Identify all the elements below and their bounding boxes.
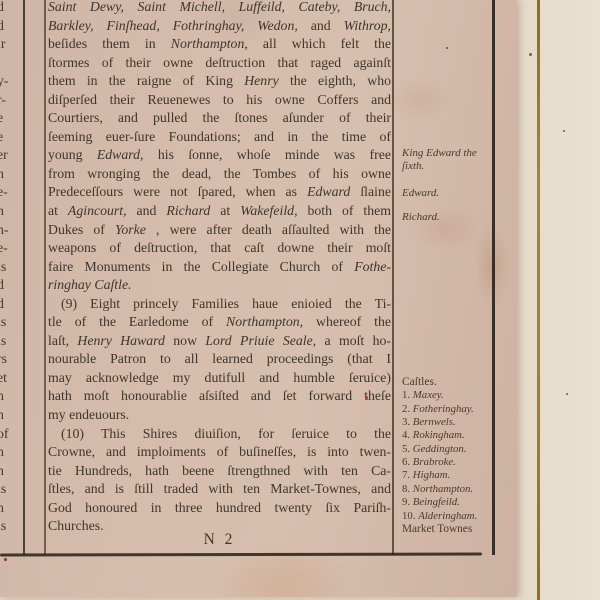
text-segment: at	[48, 203, 68, 218]
text-segment: ſlaine	[350, 184, 391, 199]
cut-word-fragment: d	[0, 295, 17, 314]
cut-word-fragment: n	[0, 387, 17, 406]
cut-word-fragment: is	[0, 313, 17, 332]
text-segment: Henry	[244, 73, 278, 88]
cut-word-fragment: is	[0, 480, 17, 499]
cut-word-fragment: n-	[0, 221, 17, 240]
text-segment: , whereof the	[300, 314, 391, 329]
castle-list-item: 10. Alderingham.	[402, 510, 490, 523]
margin-note-edward: Edward.	[402, 187, 486, 200]
text-segment: Dukes of	[48, 222, 115, 237]
text-line: ſtormes of their owne deſtruction that r…	[48, 54, 391, 73]
text-segment: Yorke	[115, 222, 146, 237]
castle-number: 7.	[402, 469, 413, 481]
text-segment: , were after death aſſaulted with the	[146, 222, 391, 237]
text-segment: (9) Eight princely Families haue enioied…	[61, 296, 391, 311]
text-segment: hath moſt honourablie aſsiſted and ſet f…	[48, 388, 391, 403]
text-segment: Edward	[97, 147, 140, 162]
cut-word-fragment: y-	[0, 72, 17, 91]
text-line: nourable Patron to all learned proceedin…	[48, 350, 391, 369]
text-segment: Wakefeild	[240, 203, 294, 218]
text-segment: diſperſed their Reuenewes to his owne Co…	[48, 92, 391, 107]
castle-name: Alderingham.	[418, 510, 477, 522]
text-line: Barkley, Finſhead, Fothringhay, Wedon, a…	[48, 17, 391, 36]
text-segment: my endeuours.	[48, 407, 129, 422]
text-segment: (10) This Shires diuiſion, for ſeruice t…	[61, 426, 391, 441]
text-segment: Lord Priuie Seale	[205, 333, 312, 348]
text-segment: ſtles, and is ſtill traded with ten Mark…	[48, 481, 391, 496]
text-segment: ringhay Caſtle.	[48, 277, 132, 292]
castle-name: Fotheringhay.	[413, 403, 474, 415]
text-line: ſtles, and is ſtill traded with ten Mark…	[48, 480, 391, 499]
castle-name: Higham.	[413, 469, 451, 481]
castle-name: Geddington.	[413, 443, 467, 455]
castle-list-item: 3. Bernwels.	[402, 416, 490, 429]
text-line: Dukes of Yorke , were after death aſſaul…	[48, 221, 391, 240]
castle-name: Brabroke.	[413, 456, 456, 468]
bottom-rule	[0, 552, 482, 556]
text-segment: Agincourt	[68, 203, 123, 218]
cut-word-fragment: e-	[0, 183, 17, 202]
text-segment: young	[48, 147, 97, 162]
text-segment: laſt,	[48, 333, 77, 348]
text-segment: Saint Dewy, Saint Michell, Luffeild, Cat…	[48, 0, 391, 14]
text-segment: now	[165, 333, 205, 348]
text-segment: Fothe-	[354, 259, 391, 274]
text-line: faire Monuments in the Collegiate Church…	[48, 258, 391, 277]
text-segment: Barkley, Finſhead, Fothringhay, Wedon,	[48, 18, 298, 33]
main-text-column: Saint Dewy, Saint Michell, Luffeild, Cat…	[48, 0, 391, 536]
cut-word-fragment	[0, 54, 17, 73]
castle-name: Rokingham.	[413, 429, 465, 441]
text-segment: from wronging the dead, the Tombes of hi…	[48, 166, 391, 181]
cut-word-fragment: e	[0, 128, 17, 147]
text-line: my endeuours.	[48, 406, 391, 425]
text-segment: , and	[123, 203, 166, 218]
cut-word-fragment: h	[0, 165, 17, 184]
text-line: hath moſt honourablie aſsiſted and ſet f…	[48, 387, 391, 406]
castle-name: Maxey.	[413, 389, 444, 401]
text-segment: may acknowledge my dutifull and humble ſ…	[48, 370, 391, 385]
cut-word-fragment: d	[0, 0, 17, 17]
antique-book-photo: ddiry-r-eeerhe-hn-e-isddisisrsetnnofnnis…	[0, 0, 600, 600]
text-line: Crowne, and imploiments of buſineſſes, i…	[48, 443, 391, 462]
cut-word-fragment: rs	[0, 350, 17, 369]
text-segment: tie Hundreds, hath beene ſtrengthned wit…	[48, 463, 391, 478]
book-page: ddiry-r-eeerhe-hn-e-isddisisrsetnnofnnis…	[0, 0, 517, 597]
cut-word-fragment: d	[0, 276, 17, 295]
cut-word-fragment: n	[0, 406, 17, 425]
castle-list-item: 2. Fotheringhay.	[402, 403, 490, 416]
text-segment: weapons of deſtruction, that caſt downe …	[48, 240, 391, 255]
text-segment: nourable Patron to all learned proceedin…	[48, 351, 391, 366]
castle-list-item: 6. Brabroke.	[402, 456, 490, 469]
text-segment: and	[298, 18, 344, 33]
margin-note-king-edward: King Edward the ſixth.	[402, 147, 486, 173]
text-segment: , both of them	[294, 203, 391, 218]
text-line: tle of the Earledome of Northampton, whe…	[48, 313, 391, 332]
column-rule-inner-left	[44, 0, 46, 555]
text-segment: tle of the Earledome of	[48, 314, 226, 329]
text-line: (9) Eight princely Families haue enioied…	[48, 295, 391, 314]
cut-word-fragment: of	[0, 425, 17, 444]
text-segment: faire Monuments in the Collegiate Church…	[48, 259, 354, 274]
foxing-speck	[563, 130, 565, 132]
castle-number: 5.	[402, 443, 413, 455]
text-line: weapons of deſtruction, that caſt downe …	[48, 239, 391, 258]
cut-word-fragment: d	[0, 17, 17, 36]
market-townes-label: Market Townes	[402, 523, 490, 537]
castle-list-item: 1. Maxey.	[402, 389, 490, 402]
text-line: may acknowledge my dutifull and humble ſ…	[48, 369, 391, 388]
text-line: them in the raigne of King Henry the eig…	[48, 72, 391, 91]
foxing-speck	[4, 558, 7, 561]
castle-list-item: 5. Geddington.	[402, 443, 490, 456]
text-line: tie Hundreds, hath beene ſtrengthned wit…	[48, 462, 391, 481]
castles-list: Caſtles. 1. Maxey.2. Fotheringhay.3. Ber…	[402, 376, 490, 536]
text-line: Courtiers, and pulled the ſtones aſunder…	[48, 109, 391, 128]
foxing-speck	[180, 320, 182, 322]
text-segment: , all which felt the	[244, 36, 391, 51]
text-segment: Henry Haward	[77, 333, 165, 348]
castle-number: 4.	[402, 429, 413, 441]
castle-number: 8.	[402, 483, 413, 495]
text-segment: , his ſonne, whoſe minde was free	[140, 147, 391, 162]
text-segment: the eighth, who	[279, 73, 391, 88]
foxing-speck	[446, 47, 448, 49]
text-segment: them in the raigne of King	[48, 73, 244, 88]
castle-list-item: 9. Beingfeild.	[402, 496, 490, 509]
text-segment: Courtiers, and pulled the ſtones aſunder…	[48, 110, 391, 125]
text-line: Predeceſſours were not ſpared, when as E…	[48, 183, 391, 202]
text-segment: Crowne, and imploiments of buſineſſes, i…	[48, 444, 391, 459]
text-segment: Predeceſſours were not ſpared, when as	[48, 184, 307, 199]
text-segment: ſeeming euer-ſure Foundations; and in th…	[48, 129, 391, 144]
castle-number: 9.	[402, 496, 413, 508]
cut-word-fragment: er	[0, 146, 17, 165]
foxing-speck	[566, 393, 568, 395]
text-segment: Richard	[166, 203, 210, 218]
castle-number: 2.	[402, 403, 413, 415]
text-line: beſides them in Northampton, all which f…	[48, 35, 391, 54]
text-segment: God honoured in three hundred twenty ſix…	[48, 500, 391, 515]
castle-name: Bernwels.	[413, 416, 456, 428]
adjacent-column-fragments: ddiry-r-eeerhe-hn-e-isddisisrsetnnofnnis…	[0, 0, 17, 536]
text-line: (10) This Shires diuiſion, for ſeruice t…	[48, 425, 391, 444]
text-line: ringhay Caſtle.	[48, 276, 391, 295]
text-line: laſt, Henry Haward now Lord Priuie Seale…	[48, 332, 391, 351]
text-segment: Northampton	[226, 314, 300, 329]
castle-number: 3.	[402, 416, 413, 428]
text-line: Saint Dewy, Saint Michell, Luffeild, Cat…	[48, 0, 391, 17]
castles-heading: Caſtles.	[402, 376, 490, 389]
gilt-edge-line	[537, 0, 540, 600]
cut-word-fragment: is	[0, 332, 17, 351]
cut-word-fragment: is	[0, 258, 17, 277]
text-segment: at	[210, 203, 240, 218]
castle-list-item: 7. Higham.	[402, 469, 490, 482]
cut-word-fragment: n	[0, 499, 17, 518]
text-line: diſperſed their Reuenewes to his owne Co…	[48, 91, 391, 110]
text-line: from wronging the dead, the Tombes of hi…	[48, 165, 391, 184]
cut-word-fragment: n	[0, 443, 17, 462]
cut-word-fragment: e	[0, 109, 17, 128]
text-segment: Edward	[307, 184, 350, 199]
text-line: at Agincourt, and Richard at Wakefeild, …	[48, 202, 391, 221]
castle-number: 10.	[402, 510, 418, 522]
text-segment: ſtormes of their owne deſtruction that r…	[48, 55, 391, 70]
castle-list-item: 4. Rokingham.	[402, 429, 490, 442]
page-border-rule	[492, 0, 495, 555]
margin-note-richard: Richard.	[402, 211, 486, 224]
cut-word-fragment: h	[0, 202, 17, 221]
text-segment: Withrop,	[344, 18, 391, 33]
foxing-speck	[529, 53, 532, 56]
text-line: young Edward, his ſonne, whoſe minde was…	[48, 146, 391, 165]
text-segment: Northampton	[171, 36, 245, 51]
castle-number: 6.	[402, 456, 413, 468]
cut-word-fragment: ir	[0, 35, 17, 54]
castle-list-item: 8. Northampton.	[402, 483, 490, 496]
signature-mark: N 2	[48, 531, 391, 549]
foxing-speck	[365, 396, 368, 399]
text-segment: , a moſt ho-	[313, 333, 391, 348]
column-rule-outer-left	[23, 0, 25, 555]
cut-word-fragment: et	[0, 369, 17, 388]
castle-number: 1.	[402, 389, 413, 401]
cut-word-fragment: r-	[0, 91, 17, 110]
text-segment: beſides them in	[48, 36, 171, 51]
margin-rule	[392, 0, 394, 555]
cut-word-fragment: is	[0, 517, 17, 536]
castle-name: Beingfeild.	[413, 496, 460, 508]
cut-word-fragment: n	[0, 462, 17, 481]
text-line: God honoured in three hundred twenty ſix…	[48, 499, 391, 518]
text-line: ſeeming euer-ſure Foundations; and in th…	[48, 128, 391, 147]
castles-items: 1. Maxey.2. Fotheringhay.3. Bernwels.4. …	[402, 389, 490, 522]
cut-word-fragment: e-	[0, 239, 17, 258]
castle-name: Northampton.	[413, 483, 473, 495]
